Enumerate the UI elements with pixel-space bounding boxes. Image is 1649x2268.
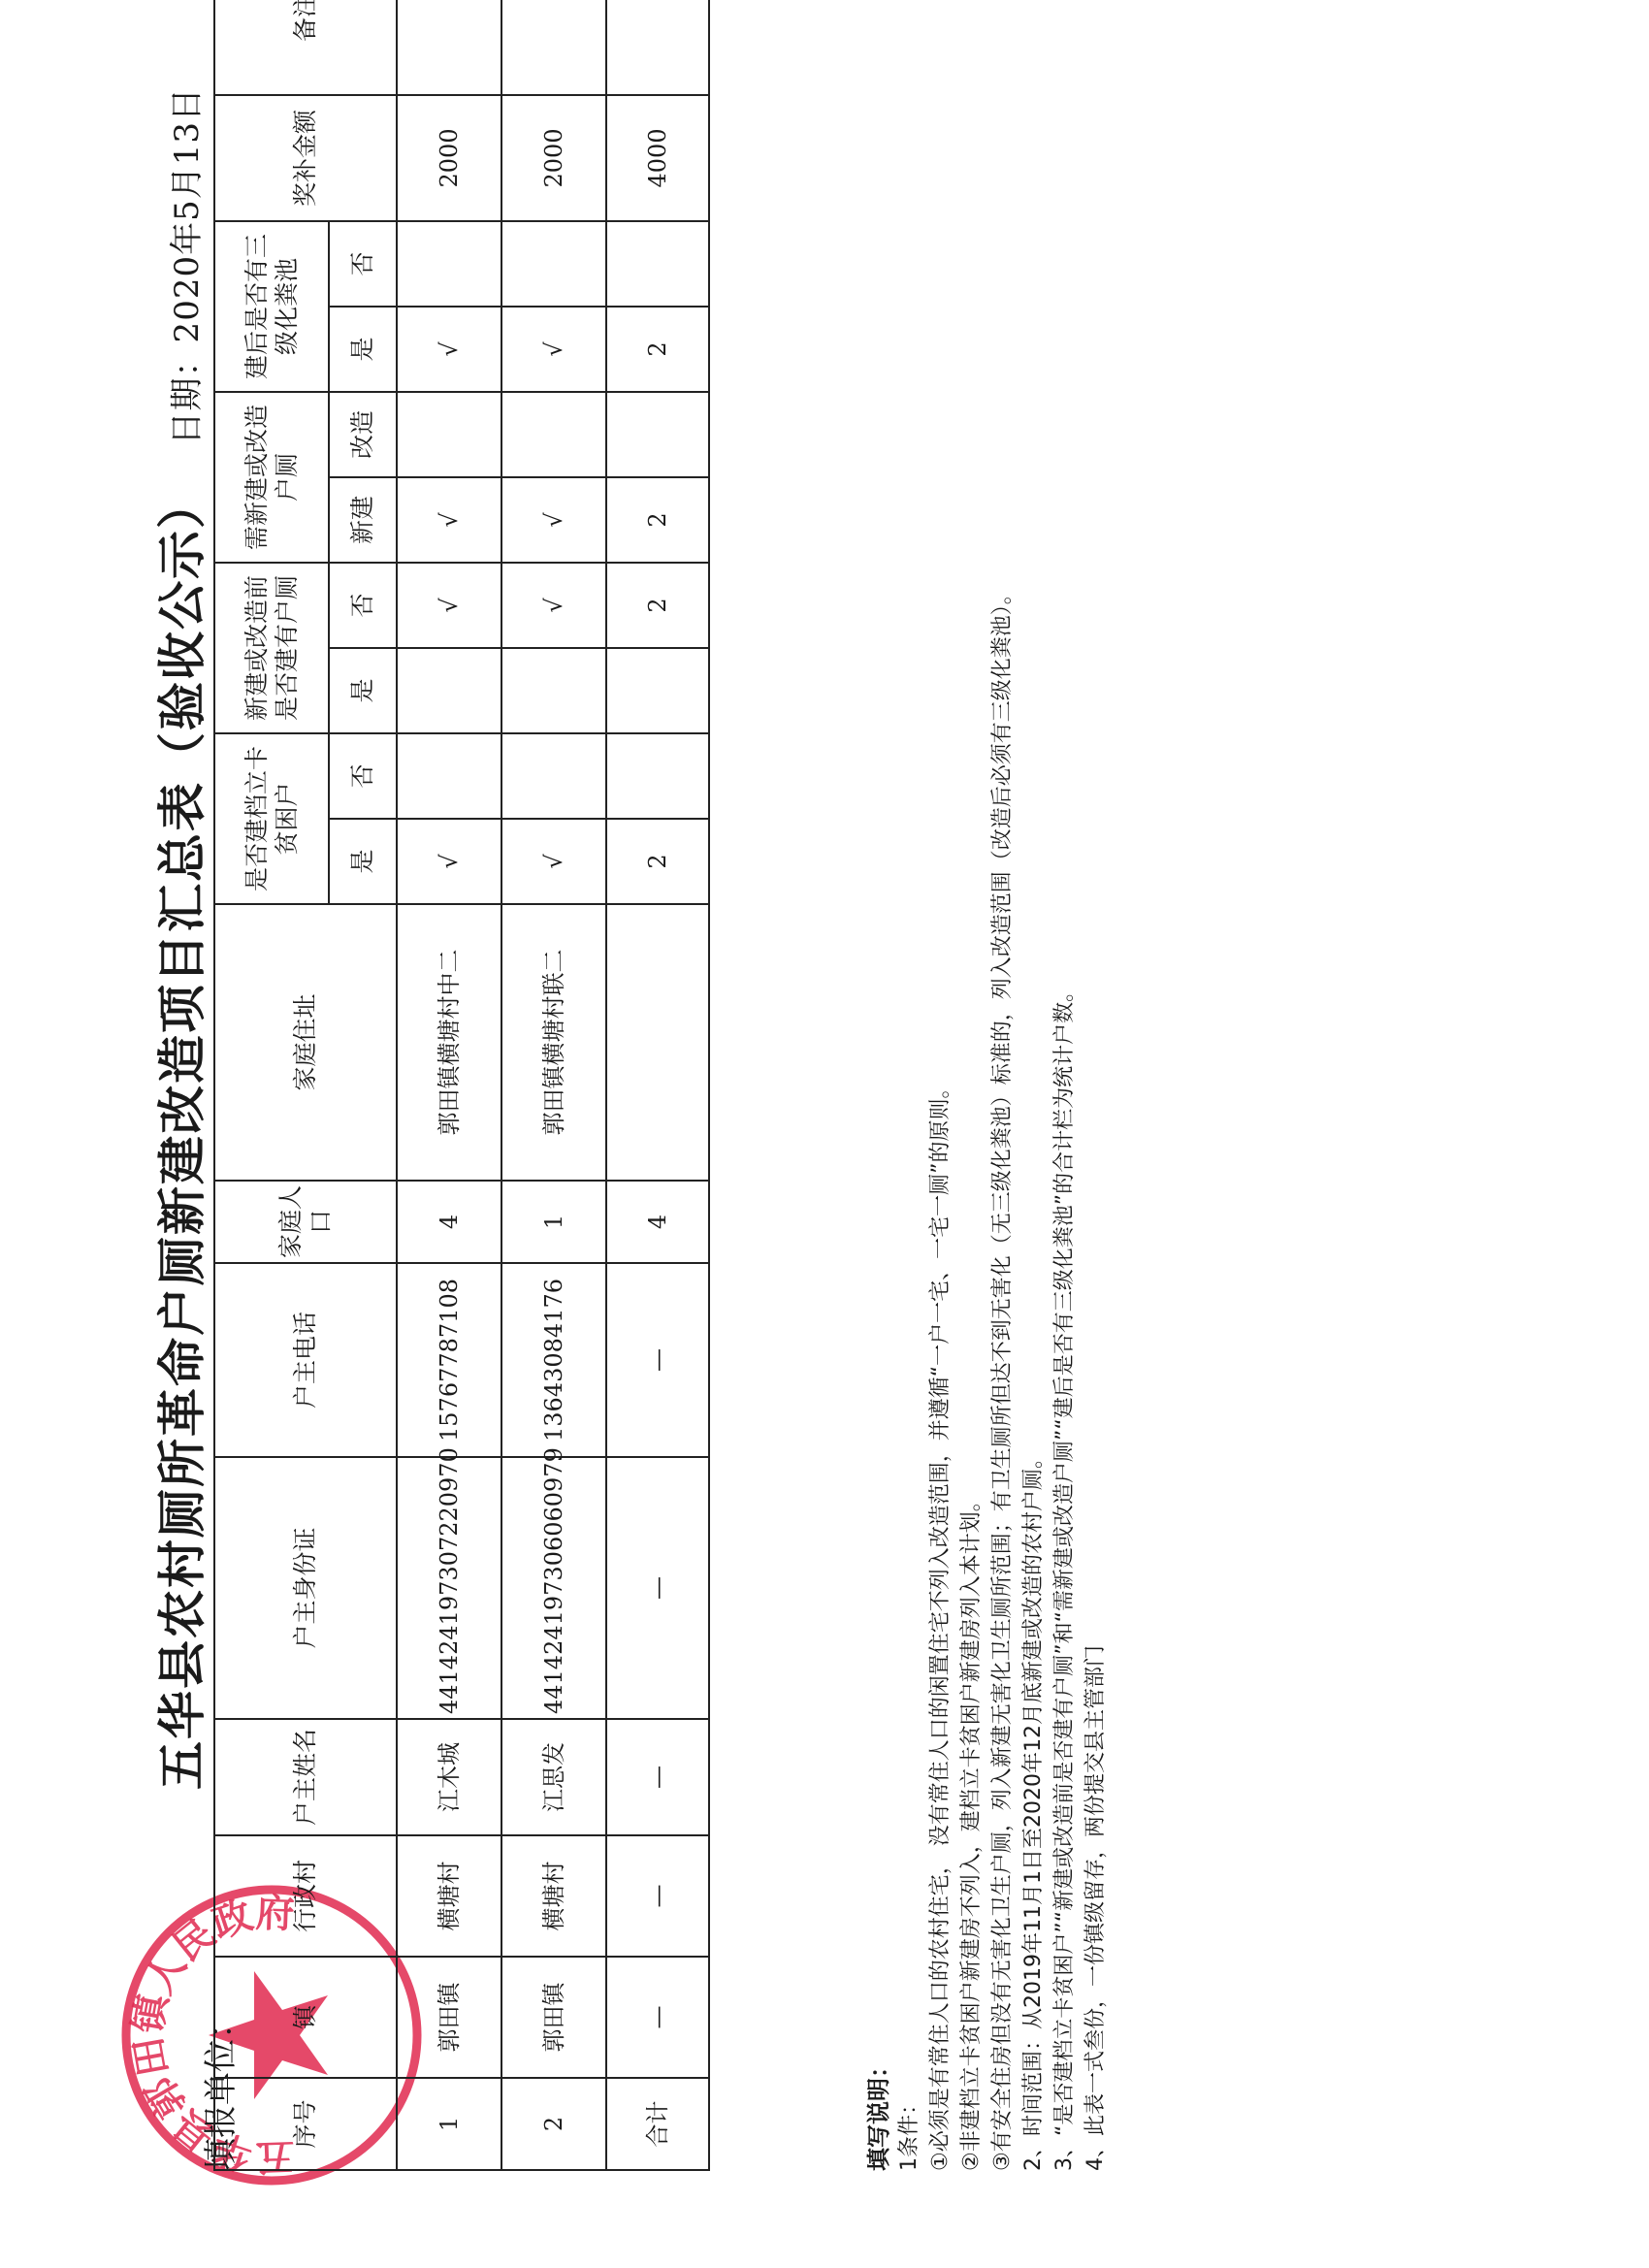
cell-subsidy: 2000 bbox=[397, 95, 501, 221]
subheader-septic-no: 否 bbox=[329, 221, 397, 307]
cell-subsidy: 2000 bbox=[501, 95, 606, 221]
cell-before-yes bbox=[397, 648, 501, 733]
total-poor-yes: 2 bbox=[606, 819, 709, 904]
notes-line: 2、时间范围：从2019年11月1日至2020年12月底新建或改造的农村户厕。 bbox=[1018, 583, 1050, 2171]
notes-line: 1条件： bbox=[894, 583, 925, 2171]
subheader-poor-yes: 是 bbox=[329, 819, 397, 904]
total-address bbox=[606, 904, 709, 1181]
total-row: 合计 — — — — — 4 2 2 2 2 4000 bbox=[606, 0, 709, 2170]
total-label: 合计 bbox=[606, 2078, 709, 2170]
cell-village: 横塘村 bbox=[397, 1835, 501, 1957]
date-label: 日期： bbox=[168, 342, 207, 444]
header-row: 序号 镇 行政村 户主姓名 户主身份证 户主电话 家庭人口 家庭住址 是否建档立… bbox=[214, 0, 329, 2170]
report-date: 日期：2020年5月13日 bbox=[160, 87, 208, 444]
cell-family-size: 1 bbox=[501, 1181, 606, 1263]
subheader-renovate: 改造 bbox=[329, 392, 397, 477]
cell-renovate bbox=[397, 392, 501, 477]
notes-line: ③有安全住房但没有无害化卫生户厕，列入新建无害化卫生厕所范围；有卫生厕所但达不到… bbox=[987, 583, 1018, 2171]
cell-before-no: √ bbox=[501, 563, 606, 648]
subheader-before-yes: 是 bbox=[329, 648, 397, 733]
cell-septic-yes: √ bbox=[397, 307, 501, 392]
cell-septic-yes: √ bbox=[501, 307, 606, 392]
cell-owner-name: 江木城 bbox=[397, 1719, 501, 1835]
header-owner-id: 户主身份证 bbox=[214, 1457, 397, 1719]
cell-address: 郭田镇横塘村联二 bbox=[501, 904, 606, 1181]
cell-remarks bbox=[501, 0, 606, 95]
subheader-septic-yes: 是 bbox=[329, 307, 397, 392]
header-town: 镇 bbox=[214, 1957, 397, 2078]
header-seq: 序号 bbox=[214, 2078, 397, 2170]
document-sheet: 五华县郭田镇人民政府 五华县农村厕所革命户厕新建改造项目汇总表（验收公示） 填报… bbox=[0, 0, 1649, 2268]
notes-line: 3、“是否建档立卡贫困户”“新建或改造前是否建有户厕”和“需新建或改造户厕”“建… bbox=[1050, 583, 1081, 2171]
subheader-poor-no: 否 bbox=[329, 733, 397, 819]
notes-line: 4、此表一式叁份，一份镇级留存，两份提交县主管部门 bbox=[1081, 583, 1112, 2171]
total-before-no: 2 bbox=[606, 563, 709, 648]
cell-town: 郭田镇 bbox=[501, 1957, 606, 2078]
total-family-size: 4 bbox=[606, 1181, 709, 1263]
cell-owner-name: 江思发 bbox=[501, 1719, 606, 1835]
header-owner-phone: 户主电话 bbox=[214, 1263, 397, 1457]
cell-new-build: √ bbox=[501, 477, 606, 563]
cell-poor-no bbox=[501, 733, 606, 819]
header-septic-after: 建后是否有三级化粪池 bbox=[214, 221, 329, 392]
subheader-new-build: 新建 bbox=[329, 477, 397, 563]
cell-poor-yes: √ bbox=[501, 819, 606, 904]
total-poor-no bbox=[606, 733, 709, 819]
cell-remarks bbox=[397, 0, 501, 95]
header-owner-name: 户主姓名 bbox=[214, 1719, 397, 1835]
total-remarks bbox=[606, 0, 709, 95]
total-septic-yes: 2 bbox=[606, 307, 709, 392]
summary-table: 序号 镇 行政村 户主姓名 户主身份证 户主电话 家庭人口 家庭住址 是否建档立… bbox=[213, 0, 710, 2171]
total-owner-name: — bbox=[606, 1719, 709, 1835]
table-row: 1 郭田镇 横塘村 江木城 441424197307220970 1576778… bbox=[397, 0, 501, 2170]
header-subsidy: 奖补金额 bbox=[214, 95, 397, 221]
total-renovate bbox=[606, 392, 709, 477]
cell-owner-id: 441424197306060979 bbox=[501, 1457, 606, 1719]
cell-village: 横塘村 bbox=[501, 1835, 606, 1957]
cell-before-yes bbox=[501, 648, 606, 733]
header-had-toilet-before: 新建或改造前是否建有户厕 bbox=[214, 563, 329, 733]
cell-owner-phone: 15767787108 bbox=[397, 1263, 501, 1457]
total-owner-id: — bbox=[606, 1457, 709, 1719]
total-owner-phone: — bbox=[606, 1263, 709, 1457]
header-poor-household: 是否建档立卡贫困户 bbox=[214, 733, 329, 904]
cell-owner-id: 441424197307220970 bbox=[397, 1457, 501, 1719]
instructions-notes: 填写说明： 1条件： ①必须是有常住人口的农村住宅， 没有常住人口的闲置住宅不列… bbox=[863, 583, 1112, 2171]
cell-address: 郭田镇横塘村中二 bbox=[397, 904, 501, 1181]
cell-septic-no bbox=[397, 221, 501, 307]
cell-poor-yes: √ bbox=[397, 819, 501, 904]
table-row: 2 郭田镇 横塘村 江思发 441424197306060979 1364308… bbox=[501, 0, 606, 2170]
total-before-yes bbox=[606, 648, 709, 733]
cell-seq: 2 bbox=[501, 2078, 606, 2170]
header-needs-toilet: 需新建或改造户厕 bbox=[214, 392, 329, 563]
header-address: 家庭住址 bbox=[214, 904, 397, 1181]
cell-new-build: √ bbox=[397, 477, 501, 563]
header-remarks: 备注 bbox=[214, 0, 397, 95]
cell-seq: 1 bbox=[397, 2078, 501, 2170]
cell-septic-no bbox=[501, 221, 606, 307]
date-value: 2020年5月13日 bbox=[168, 87, 207, 342]
cell-family-size: 4 bbox=[397, 1181, 501, 1263]
cell-poor-no bbox=[397, 733, 501, 819]
total-subsidy: 4000 bbox=[606, 95, 709, 221]
cell-town: 郭田镇 bbox=[397, 1957, 501, 2078]
cell-renovate bbox=[501, 392, 606, 477]
subheader-before-no: 否 bbox=[329, 563, 397, 648]
header-village: 行政村 bbox=[214, 1835, 397, 1957]
total-new-build: 2 bbox=[606, 477, 709, 563]
header-family-size: 家庭人口 bbox=[214, 1181, 397, 1263]
total-septic-no bbox=[606, 221, 709, 307]
notes-line: ②非建档立卡贫困户新建房不列入，建档立卡贫困户新建房列入本计划。 bbox=[956, 583, 987, 2171]
total-village: — bbox=[606, 1835, 709, 1957]
total-town: — bbox=[606, 1957, 709, 2078]
notes-heading: 填写说明： bbox=[863, 583, 894, 2171]
notes-line: ①必须是有常住人口的农村住宅， 没有常住人口的闲置住宅不列入改造范围，并遵循“一… bbox=[925, 583, 956, 2171]
cell-before-no: √ bbox=[397, 563, 501, 648]
cell-owner-phone: 13643084176 bbox=[501, 1263, 606, 1457]
